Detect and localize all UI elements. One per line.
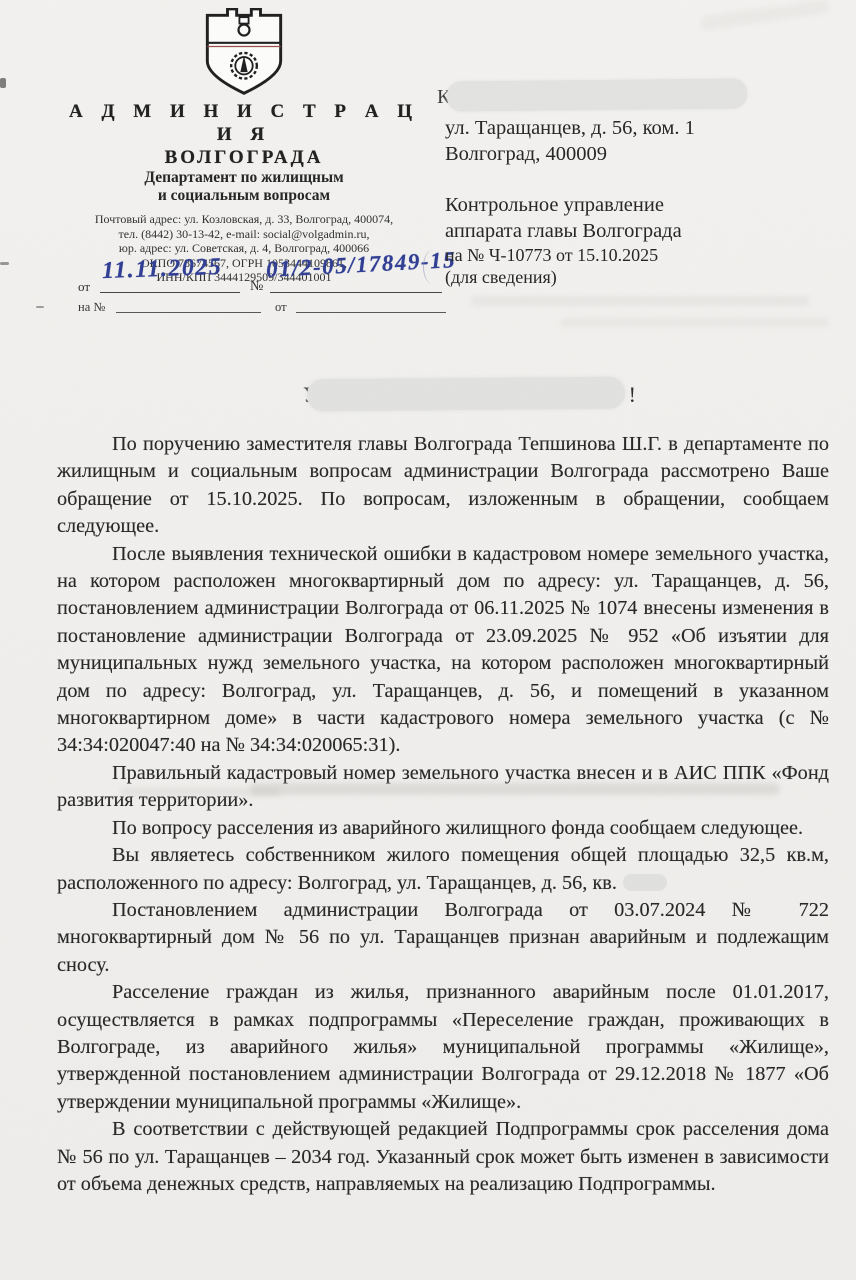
salutation-redaction-blob bbox=[306, 377, 624, 412]
recipient-address-line1: ул. Таращанцев, д. 56, ком. 1 bbox=[445, 115, 835, 141]
address-line: Почтовый адрес: ул. Козловская, д. 33, В… bbox=[58, 212, 430, 227]
department-line1: Департамент по жилищным bbox=[58, 169, 430, 187]
address-line: тел. (8442) 30-13-42, e-mail: social@vol… bbox=[58, 227, 430, 242]
bleedthrough-smudge bbox=[700, 0, 831, 31]
paragraph-1: По поручению заместителя главы Волгоград… bbox=[57, 431, 829, 541]
date-underline bbox=[100, 292, 240, 293]
paragraph-text: По вопросу расселения из аварийного жили… bbox=[112, 817, 803, 839]
scan-speck bbox=[0, 78, 6, 88]
paragraph-text: По поручению заместителя главы Волгоград… bbox=[57, 433, 829, 537]
org-name-line2: ВОЛГОГРАДА bbox=[58, 146, 430, 169]
scan-speck bbox=[36, 306, 44, 308]
paragraph-4: По вопросу расселения из аварийного жили… bbox=[57, 815, 829, 842]
paragraph-text: После выявления технической ошибки в кад… bbox=[57, 543, 829, 757]
handwritten-date: 11.11.2025 bbox=[102, 254, 223, 285]
incoming-ref-line: на № от bbox=[78, 298, 478, 322]
apartment-number-redaction-blob bbox=[623, 874, 667, 891]
recipient-address-line2: Волгоград, 400009 bbox=[445, 141, 835, 167]
salutation-line: У! bbox=[303, 378, 636, 424]
salutation-suffix: ! bbox=[629, 382, 636, 407]
na-ot-label: от bbox=[275, 300, 287, 315]
paragraph-text: Вы являетесь собственником жилого помеще… bbox=[57, 844, 829, 893]
paragraph-8: В соответствии с действующей редакцией П… bbox=[57, 1116, 829, 1198]
department-line2: и социальным вопросам bbox=[58, 187, 430, 205]
na-date-underline bbox=[296, 312, 446, 313]
bleedthrough-smudge bbox=[120, 788, 280, 796]
scanned-letter-page: А Д М И Н И С Т Р А Ц И Я ВОЛГОГРАДА Деп… bbox=[0, 0, 856, 1280]
paragraph-text: Постановлением администрации Волгограда … bbox=[57, 899, 829, 976]
letter-body: По поручению заместителя главы Волгоград… bbox=[57, 431, 829, 1198]
na-no-label: на № bbox=[78, 300, 105, 315]
bleedthrough-smudge bbox=[560, 318, 830, 327]
volgograd-coat-of-arms-icon bbox=[198, 8, 290, 96]
copy-to-line2: аппарата главы Волгограда bbox=[445, 218, 835, 244]
recipient-block: К ул. Таращанцев, д. 56, ком. 1 Волгогра… bbox=[445, 82, 835, 288]
paragraph-7: Расселение граждан из жилья, признанного… bbox=[57, 979, 829, 1116]
ot-label: от bbox=[78, 279, 90, 295]
paragraph-text: В соответствии с действующей редакцией П… bbox=[57, 1118, 829, 1195]
scan-speck bbox=[0, 262, 9, 265]
number-label: № bbox=[250, 279, 263, 295]
redaction-blob bbox=[447, 78, 747, 111]
recipient-name-redacted: К bbox=[445, 82, 835, 115]
paragraph-6: Постановлением администрации Волгограда … bbox=[57, 897, 829, 979]
paragraph-text: Расселение граждан из жилья, признанного… bbox=[57, 981, 829, 1113]
pen-mark-artifact bbox=[423, 250, 442, 284]
paragraph-2: После выявления технической ошибки в кад… bbox=[57, 541, 829, 760]
copy-to-line1: Контрольное управление bbox=[445, 192, 835, 218]
bleedthrough-smudge bbox=[250, 783, 780, 795]
copy-to-ref: на № Ч-10773 от 15.10.2025 bbox=[445, 244, 835, 266]
copy-to-note: (для сведения) bbox=[445, 266, 835, 288]
bleedthrough-smudge bbox=[470, 296, 810, 306]
org-name-line1: А Д М И Н И С Т Р А Ц И Я bbox=[58, 100, 430, 146]
letterhead: А Д М И Н И С Т Р А Ц И Я ВОЛГОГРАДА Деп… bbox=[58, 8, 430, 285]
number-underline bbox=[270, 292, 442, 293]
na-number-underline bbox=[116, 312, 261, 313]
paragraph-5: Вы являетесь собственником жилого помеще… bbox=[57, 842, 829, 897]
outgoing-ref-line: от 11.11.2025 № 01/2-05/17849-15 bbox=[78, 258, 468, 298]
